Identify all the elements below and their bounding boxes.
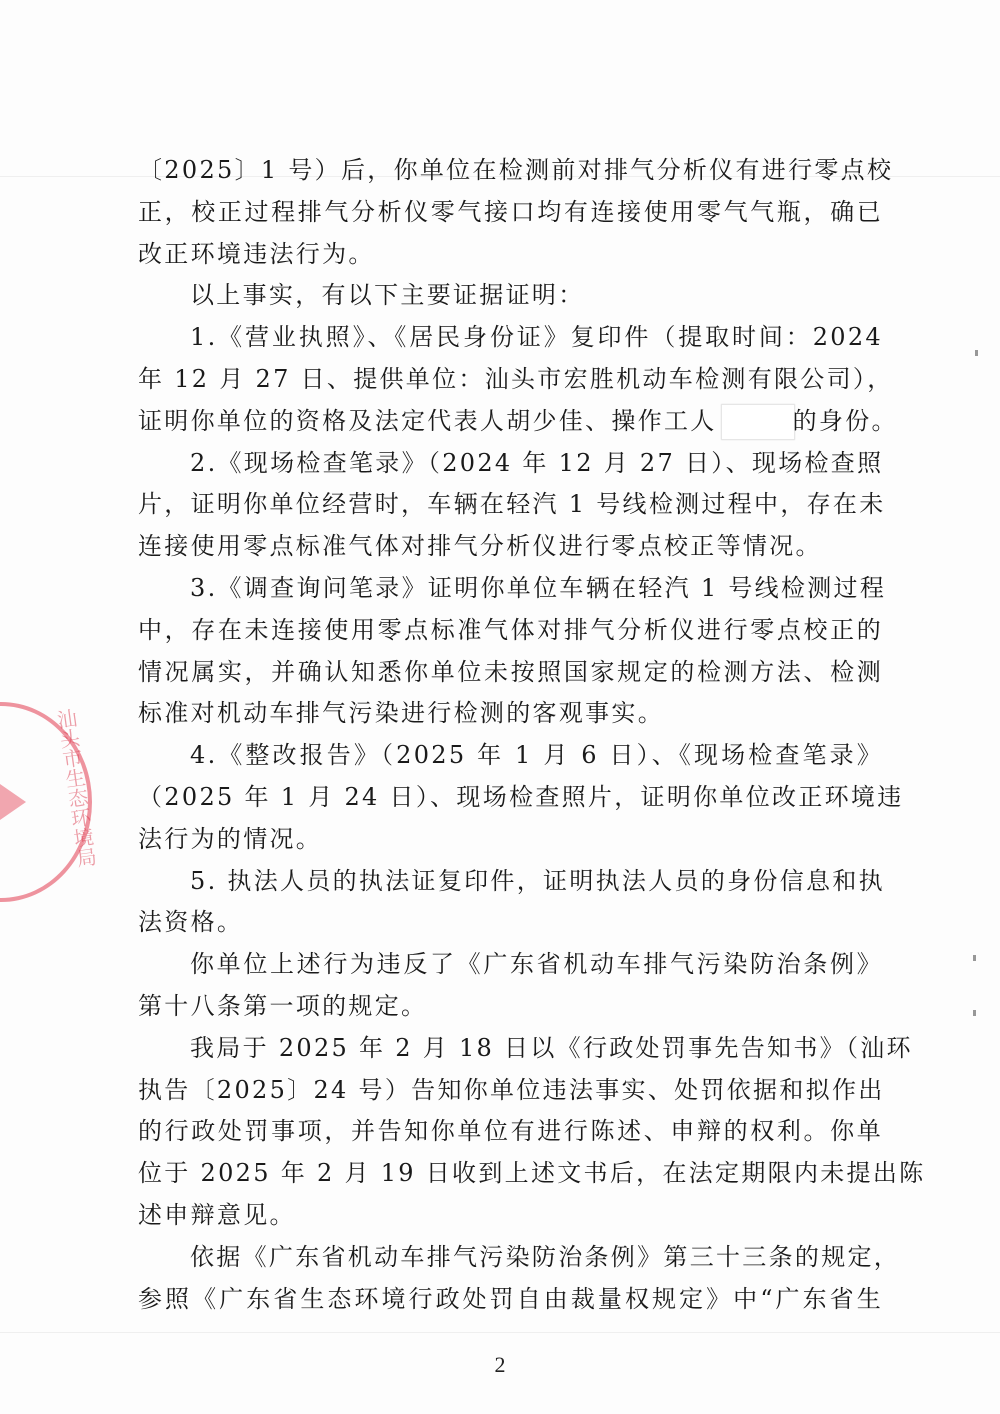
text-line: 〔2025〕1 号）后，你单位在检测前对排气分析仪有进行零点校: [138, 150, 883, 192]
text-segment: 的身份。: [793, 407, 898, 435]
text-line: 法行为的情况。: [138, 819, 883, 861]
text-line: 连接使用零点标准气体对排气分析仪进行零点校正等情况。: [138, 526, 883, 568]
text-line: 正，校正过程排气分析仪零气接口均有连接使用零气气瓶，确已: [138, 192, 883, 234]
text-line: 第十八条第一项的规定。: [138, 986, 883, 1028]
legal-basis-paragraph: 依据《广东省机动车排气污染防治条例》第三十三条的规定，: [138, 1237, 883, 1279]
text-line: （2025 年 1 月 24 日）、现场检查照片，证明你单位改正环境违: [138, 777, 883, 819]
redacted-name: [721, 404, 795, 440]
document-page: 汕头市生态环境局 〔2025〕1 号）后，你单位在检测前对排气分析仪有进行零点校…: [0, 0, 1000, 1414]
text-line: 参照《广东省生态环境行政处罚自由裁量权规定》中“广东省生: [138, 1279, 883, 1321]
scan-mark: [973, 1010, 976, 1016]
evidence-intro: 以上事实，有以下主要证据证明：: [138, 275, 883, 317]
text-line: 改正环境违法行为。: [138, 234, 883, 276]
text-line: 片，证明你单位经营时，车辆在轻汽 1 号线检测过程中，存在未: [138, 484, 883, 526]
text-line: 年 12 月 27 日、提供单位：汕头市宏胜机动车检测有限公司），: [138, 359, 883, 401]
evidence-item-4: 4.《整改报告》（2025 年 1 月 6 日）、《现场检查笔录》: [138, 735, 883, 777]
evidence-item-5: 5. 执法人员的执法证复印件，证明执法人员的身份信息和执: [138, 861, 883, 903]
text-line: 标准对机动车排气污染进行检测的客观事实。: [138, 693, 883, 735]
text-line: 情况属实，并确认知悉你单位未按照国家规定的检测方法、检测: [138, 652, 883, 694]
text-line: 中，存在未连接使用零点标准气体对排气分析仪进行零点校正的: [138, 610, 883, 652]
evidence-item-2: 2.《现场检查笔录》（2024 年 12 月 27 日）、现场检查照: [138, 443, 883, 485]
text-line-with-redaction: 证明你单位的资格及法定代表人胡少佳、操作工人的身份。: [138, 401, 883, 443]
text-segment: 证明你单位的资格及法定代表人胡少佳、操作工人: [138, 407, 717, 435]
scan-mark: [973, 955, 976, 961]
evidence-item-3: 3.《调查询问笔录》证明你单位车辆在轻汽 1 号线检测过程: [138, 568, 883, 610]
text-line: 述申辩意见。: [138, 1195, 883, 1237]
text-line: 执告〔2025〕24 号）告知你单位违法事实、处罚依据和拟作出: [138, 1070, 883, 1112]
notice-paragraph: 我局于 2025 年 2 月 18 日以《行政处罚事先告知书》（汕环: [138, 1028, 883, 1070]
text-line: 法资格。: [138, 902, 883, 944]
scan-artifact: [0, 1332, 1000, 1333]
scan-mark: [975, 350, 978, 356]
document-body: 〔2025〕1 号）后，你单位在检测前对排气分析仪有进行零点校 正，校正过程排气…: [138, 150, 883, 1320]
evidence-item-1: 1.《营业执照》、《居民身份证》复印件（提取时间：2024: [138, 317, 883, 359]
violation-statement: 你单位上述行为违反了《广东省机动车排气污染防治条例》: [138, 944, 883, 986]
page-number: 2: [0, 1352, 1000, 1378]
text-line: 位于 2025 年 2 月 19 日收到上述文书后，在法定期限内未提出陈: [138, 1153, 883, 1195]
text-line: 的行政处罚事项，并告知你单位有进行陈述、申辩的权利。你单: [138, 1111, 883, 1153]
